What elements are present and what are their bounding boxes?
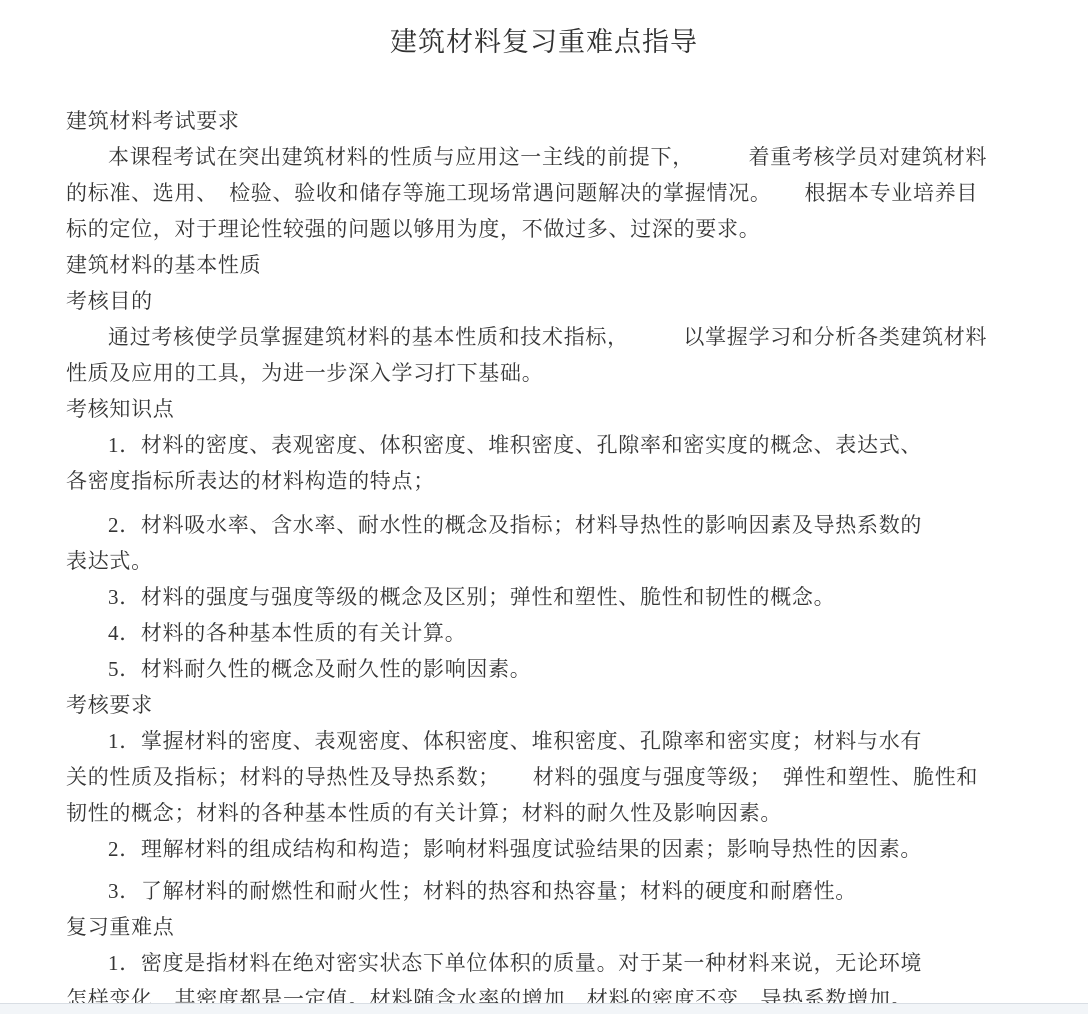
list-item: 1．掌握材料的密度、表观密度、体积密度、堆积密度、孔隙率和密实度；材料与水有	[66, 723, 1024, 759]
page-title: 建筑材料复习重难点指导	[0, 0, 1088, 58]
list-item: 2．理解材料的组成结构和构造；影响材料强度试验结果的因素；影响导热性的因素。	[66, 831, 1024, 867]
list-item: 1．密度是指材料在绝对密实状态下单位体积的质量。对于某一种材料来说，无论环境	[66, 945, 1024, 981]
doc-line: 关的性质及指标；材料的导热性及导热系数； 材料的强度与强度等级； 弹性和塑性、脆…	[66, 759, 1024, 795]
section-heading: 建筑材料考试要求	[66, 103, 1024, 139]
section-heading: 考核目的	[66, 283, 1024, 319]
section-heading: 复习重难点	[66, 909, 1024, 945]
list-item: 2．材料吸水率、含水率、耐水性的概念及指标；材料导热性的影响因素及导热系数的	[66, 507, 1024, 543]
section-heading: 建筑材料的基本性质	[66, 247, 1024, 283]
doc-line: 的标准、选用、 检验、验收和储存等施工现场常遇问题解决的掌握情况。 根据本专业培…	[66, 175, 1024, 211]
doc-line: 标的定位，对于理论性较强的问题以够用为度，不做过多、过深的要求。	[66, 211, 1024, 247]
doc-line: 性质及应用的工具，为进一步深入学习打下基础。	[66, 355, 1024, 391]
list-item: 4．材料的各种基本性质的有关计算。	[66, 615, 1024, 651]
list-item: 3．了解材料的耐燃性和耐火性；材料的热容和热容量；材料的硬度和耐磨性。	[66, 873, 1024, 909]
list-item: 5．材料耐久性的概念及耐久性的影响因素。	[66, 651, 1024, 687]
document-page: 建筑材料复习重难点指导 建筑材料考试要求 本课程考试在突出建筑材料的性质与应用这…	[0, 0, 1088, 1014]
doc-line: 韧性的概念；材料的各种基本性质的有关计算；材料的耐久性及影响因素。	[66, 795, 1024, 831]
section-heading: 考核知识点	[66, 391, 1024, 427]
list-item: 1．材料的密度、表观密度、体积密度、堆积密度、孔隙率和密实度的概念、表达式、	[66, 427, 1024, 463]
doc-line: 表达式。	[66, 543, 1024, 579]
list-item: 3．材料的强度与强度等级的概念及区别；弹性和塑性、脆性和韧性的概念。	[66, 579, 1024, 615]
window-bottom-bar	[0, 1003, 1088, 1014]
doc-line: 通过考核使学员掌握建筑材料的基本性质和技术指标， 以掌握学习和分析各类建筑材料	[66, 319, 1024, 355]
doc-line: 各密度指标所表达的材料构造的特点；	[66, 463, 1024, 499]
document-body: 建筑材料考试要求 本课程考试在突出建筑材料的性质与应用这一主线的前提下， 着重考…	[0, 103, 1088, 1014]
doc-line: 本课程考试在突出建筑材料的性质与应用这一主线的前提下， 着重考核学员对建筑材料	[66, 139, 1024, 175]
section-heading: 考核要求	[66, 687, 1024, 723]
